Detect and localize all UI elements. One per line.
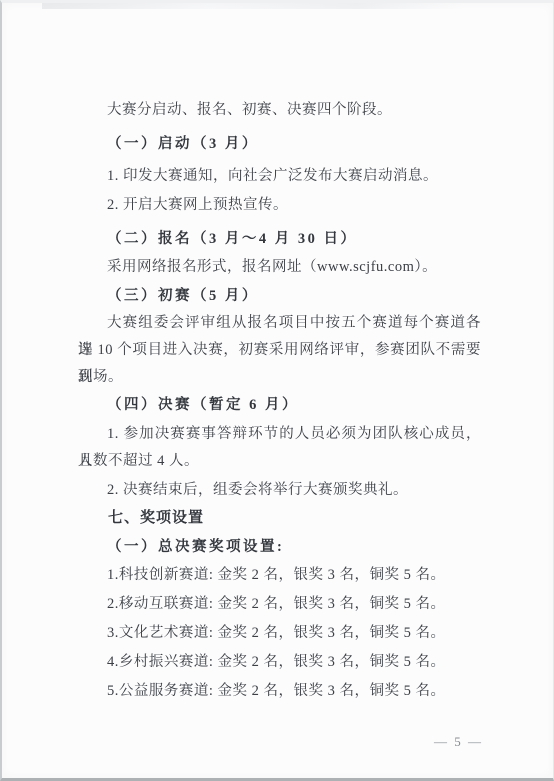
doc-line: 2.移动互联赛道: 金奖 2 名，银奖 3 名，铜奖 5 名。	[78, 591, 481, 618]
doc-line: 大赛组委会评审组从报名项目中按五个赛道每个赛道各评	[78, 310, 481, 337]
doc-line: 4.乡村振兴赛道: 金奖 2 名，银奖 3 名，铜奖 5 名。	[78, 649, 481, 676]
doc-line: 七、奖项设置	[78, 504, 481, 531]
doc-line: 人数不超过 4 人。	[78, 448, 481, 475]
doc-line: （三）初赛（5 月）	[78, 283, 481, 310]
doc-line: 现场。	[78, 364, 481, 391]
doc-line: 1.科技创新赛道: 金奖 2 名，银奖 3 名，铜奖 5 名。	[78, 562, 481, 589]
doc-line: 1. 参加决赛赛事答辩环节的人员必须为团队核心成员，且	[78, 421, 481, 448]
doc-line: （一）启动（3 月）	[78, 131, 481, 158]
doc-line: 选 10 个项目进入决赛，初赛采用网络评审，参赛团队不需要到	[78, 337, 481, 364]
doc-line: （四）决赛（暂定 6 月）	[78, 392, 481, 419]
doc-line: 大赛分启动、报名、初赛、决赛四个阶段。	[78, 97, 481, 124]
doc-line: 3.文化艺术赛道: 金奖 2 名，银奖 3 名，铜奖 5 名。	[78, 620, 481, 647]
doc-line: （一）总决赛奖项设置:	[78, 534, 481, 561]
doc-line: 采用网络报名形式，报名网址（www.scjfu.com）。	[78, 254, 481, 281]
doc-line: 5.公益服务赛道: 金奖 2 名，银奖 3 名，铜奖 5 名。	[78, 678, 481, 705]
doc-line: 2. 决赛结束后，组委会将举行大赛颁奖典礼。	[78, 477, 481, 504]
document-page: 大赛分启动、报名、初赛、决赛四个阶段。 （一）启动（3 月） 1. 印发大赛通知…	[0, 0, 554, 781]
doc-line: 1. 印发大赛通知，向社会广泛发布大赛启动消息。	[78, 163, 481, 190]
doc-line: （二）报名（3 月～4 月 30 日）	[78, 226, 481, 253]
document-body: 大赛分启动、报名、初赛、决赛四个阶段。 （一）启动（3 月） 1. 印发大赛通知…	[2, 3, 553, 705]
doc-line: 2. 开启大赛网上预热宣传。	[78, 192, 481, 219]
page-number: — 5 —	[434, 734, 483, 750]
